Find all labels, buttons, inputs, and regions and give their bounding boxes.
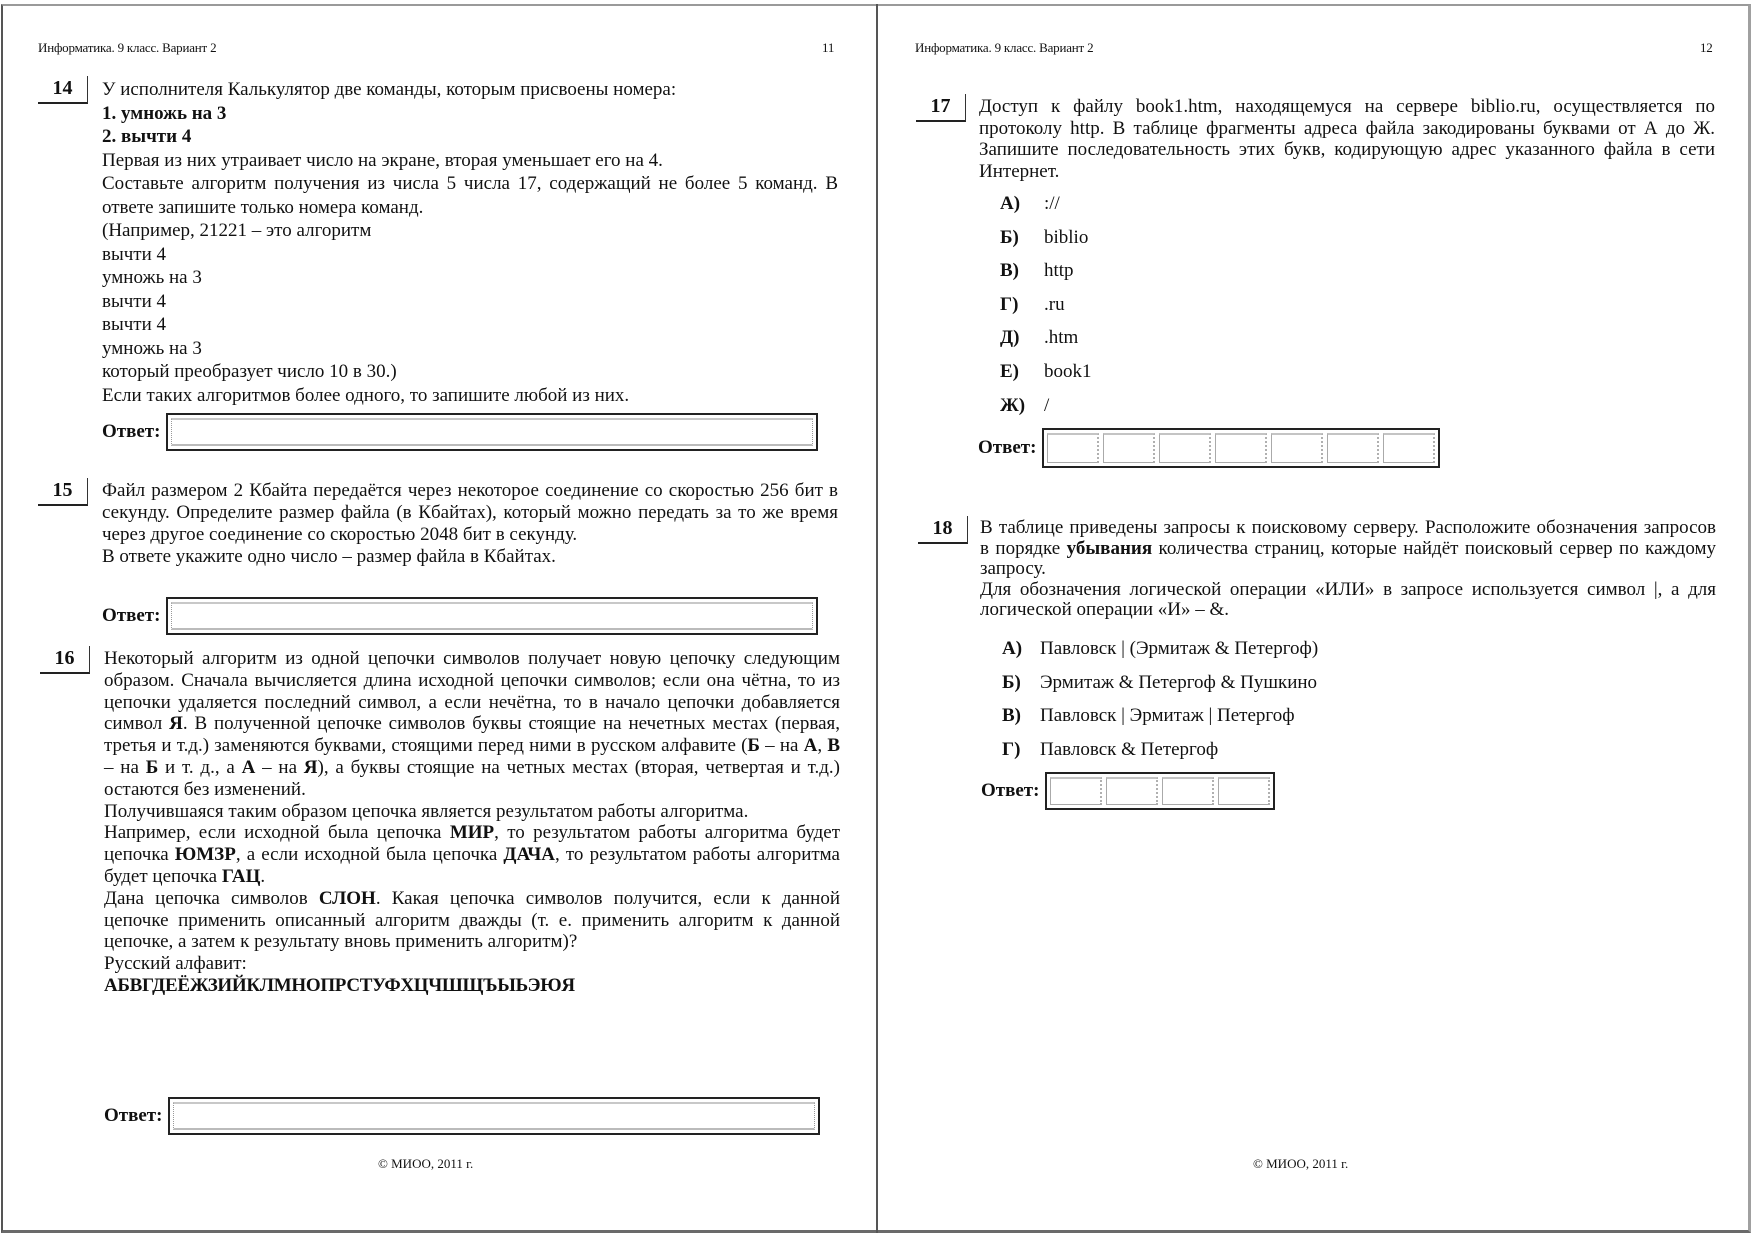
- q16-paragraph-3: Например, если исходной была цепочка МИР…: [104, 822, 840, 887]
- q14-line: который преобразует число 10 в 30.): [102, 360, 838, 384]
- q14-command-1: 1. умножь на 3: [102, 102, 838, 126]
- bold-word: убывания: [1067, 538, 1153, 559]
- question-15-text: Файл размером 2 Кбайта передаётся через …: [102, 480, 838, 568]
- option-text: Павловск & Петергоф: [1040, 739, 1218, 761]
- q18-answer-cell[interactable]: [1162, 777, 1214, 805]
- option-letter: А): [1000, 193, 1044, 215]
- bold-symbol: Я: [169, 713, 183, 734]
- question-18-text: В таблице приведены запросы к поисковому…: [980, 518, 1716, 621]
- answer-label: Ответ:: [978, 437, 1036, 459]
- option-text: Павловск | Эрмитаж | Петергоф: [1040, 705, 1295, 727]
- q18-paragraph-2: Для обозначения логической операции «ИЛИ…: [980, 580, 1716, 621]
- text: – на: [255, 757, 303, 778]
- q17-option: Г).ru: [1000, 294, 1065, 316]
- q16-paragraph-4: Дана цепочка символов СЛОН. Какая цепочк…: [104, 888, 840, 953]
- option-text: Эрмитаж & Петергоф & Пушкино: [1040, 672, 1317, 694]
- answer-label: Ответ:: [981, 780, 1039, 802]
- q18-option: В)Павловск | Эрмитаж | Петергоф: [1002, 705, 1295, 727]
- q18-paragraph-1: В таблице приведены запросы к поисковому…: [980, 518, 1716, 580]
- bold-word: СЛОН: [319, 888, 376, 909]
- q14-line: Первая из них утраивает число на экране,…: [102, 149, 838, 173]
- q14-line: вычти 4: [102, 313, 838, 337]
- q14-answer-value: [171, 418, 813, 446]
- q17-option: Б)biblio: [1000, 227, 1088, 249]
- q17-answer-cells: [1047, 433, 1435, 463]
- q15-instruction: В ответе укажите одно число – размер фай…: [102, 546, 838, 568]
- q17-answer-cell[interactable]: [1383, 433, 1435, 463]
- text: – на: [760, 735, 804, 756]
- q16-answer-row: Ответ:: [104, 1097, 820, 1135]
- text: Дана цепочка символов: [104, 888, 319, 909]
- q14-answer-row: Ответ:: [102, 413, 818, 451]
- page-footer: © МИОО, 2011 г.: [1253, 1156, 1348, 1172]
- q18-answer-cell[interactable]: [1218, 777, 1270, 805]
- q14-line: (Например, 21221 – это алгоритм: [102, 219, 838, 243]
- page-12: Информатика. 9 класс. Вариант 2 12 17 До…: [878, 0, 1754, 1239]
- bold-letter: В: [827, 735, 840, 756]
- q17-paragraph: Доступ к файлу book1.htm, находящемуся н…: [979, 96, 1715, 182]
- q17-answer-cell[interactable]: [1215, 433, 1267, 463]
- q17-answer-cell[interactable]: [1271, 433, 1323, 463]
- option-letter: Ж): [1000, 395, 1044, 417]
- q14-command-2: 2. вычти 4: [102, 125, 838, 149]
- q14-line: Если таких алгоритмов более одного, то з…: [102, 384, 838, 408]
- q16-alphabet-label: Русский алфавит:: [104, 953, 840, 975]
- text: .: [260, 866, 265, 887]
- question-number-16: 16: [40, 646, 90, 674]
- bold-word: ЮМЗР: [175, 844, 236, 865]
- option-text: .htm: [1044, 327, 1078, 349]
- q16-paragraph-1: Некоторый алгоритм из одной цепочки симв…: [104, 648, 840, 801]
- page-number: 12: [1700, 40, 1713, 56]
- option-letter: Б): [1002, 672, 1040, 694]
- text: , а если исходной была цепочка: [236, 844, 504, 865]
- question-17-text: Доступ к файлу book1.htm, находящемуся н…: [979, 96, 1715, 182]
- page-number: 11: [822, 40, 834, 56]
- option-text: http: [1044, 260, 1074, 282]
- bold-letter: Б: [146, 757, 159, 778]
- question-16-text: Некоторый алгоритм из одной цепочки симв…: [104, 648, 840, 997]
- question-number-18: 18: [918, 516, 968, 544]
- q18-answer-cell[interactable]: [1050, 777, 1102, 805]
- option-text: book1: [1044, 361, 1092, 383]
- option-letter: Г): [1002, 739, 1040, 761]
- q15-answer-field[interactable]: [166, 597, 818, 635]
- q18-option: Б)Эрмитаж & Петергоф & Пушкино: [1002, 672, 1317, 694]
- q17-answer-cell[interactable]: [1159, 433, 1211, 463]
- option-letter: Б): [1000, 227, 1044, 249]
- page-header-title: Информатика. 9 класс. Вариант 2: [38, 40, 216, 56]
- bold-word: ГАЦ: [222, 866, 261, 887]
- q14-line: вычти 4: [102, 290, 838, 314]
- q18-option: Г)Павловск & Петергоф: [1002, 739, 1218, 761]
- q17-option: В)http: [1000, 260, 1074, 282]
- q18-option: А)Павловск | (Эрмитаж & Петергоф): [1002, 638, 1318, 660]
- question-number-17: 17: [916, 94, 966, 122]
- answer-label: Ответ:: [104, 1105, 162, 1127]
- q14-line: вычти 4: [102, 243, 838, 267]
- page-11: Информатика. 9 класс. Вариант 2 11 14 У …: [0, 0, 876, 1239]
- option-letter: Д): [1000, 327, 1044, 349]
- q17-answer-cell[interactable]: [1047, 433, 1099, 463]
- q14-intro: У исполнителя Калькулятор две команды, к…: [102, 78, 838, 102]
- q14-line: Составьте алгоритм получения из числа 5 …: [102, 172, 838, 219]
- bold-letter: А: [804, 735, 818, 756]
- option-letter: А): [1002, 638, 1040, 660]
- answer-label: Ответ:: [102, 605, 160, 627]
- q17-answer-field: [1042, 428, 1440, 468]
- q15-answer-value: [171, 602, 813, 630]
- q16-answer-field[interactable]: [168, 1097, 820, 1135]
- option-text: Павловск | (Эрмитаж & Петергоф): [1040, 638, 1318, 660]
- bold-letter: Я: [304, 757, 318, 778]
- q14-line: умножь на 3: [102, 266, 838, 290]
- option-text: biblio: [1044, 227, 1088, 249]
- text: – на: [104, 757, 146, 778]
- question-number-15: 15: [38, 478, 88, 506]
- q14-answer-field[interactable]: [166, 413, 818, 451]
- q17-option: Е)book1: [1000, 361, 1092, 383]
- q18-answer-cells: [1050, 777, 1270, 805]
- bold-word: МИР: [450, 822, 494, 843]
- question-14-text: У исполнителя Калькулятор две команды, к…: [102, 78, 838, 407]
- page-footer: © МИОО, 2011 г.: [378, 1156, 473, 1172]
- option-text: .ru: [1044, 294, 1065, 316]
- q14-line: умножь на 3: [102, 337, 838, 361]
- text: ,: [817, 735, 827, 756]
- q16-alphabet: АБВГДЕЁЖЗИЙКЛМНОПРСТУФХЦЧШЩЪЫЬЭЮЯ: [104, 975, 840, 997]
- option-letter: Е): [1000, 361, 1044, 383]
- text: Например, если исходной была цепочка: [104, 822, 450, 843]
- page-header-title: Информатика. 9 класс. Вариант 2: [915, 40, 1093, 56]
- q17-answer-cell[interactable]: [1327, 433, 1379, 463]
- question-number-14: 14: [38, 76, 88, 104]
- q18-answer-field: [1045, 772, 1275, 810]
- q15-answer-row: Ответ:: [102, 597, 818, 635]
- q16-answer-value: [173, 1102, 815, 1130]
- option-text: /: [1044, 395, 1049, 417]
- text: . В полученной цепочке символов буквы ст…: [104, 713, 840, 756]
- q17-option: А)://: [1000, 193, 1060, 215]
- q18-answer-cell[interactable]: [1106, 777, 1158, 805]
- answer-label: Ответ:: [102, 421, 160, 443]
- option-letter: В): [1002, 705, 1040, 727]
- bold-letter: А: [242, 757, 256, 778]
- q17-answer-row: Ответ:: [978, 428, 1440, 468]
- bold-word: ДАЧА: [503, 844, 555, 865]
- option-text: ://: [1044, 193, 1060, 215]
- q17-option: Д).htm: [1000, 327, 1078, 349]
- q15-paragraph: Файл размером 2 Кбайта передаётся через …: [102, 480, 838, 546]
- q18-answer-row: Ответ:: [981, 772, 1275, 810]
- q16-paragraph-2: Получившаяся таким образом цепочка являе…: [104, 801, 840, 823]
- q17-answer-cell[interactable]: [1103, 433, 1155, 463]
- bold-letter: Б: [747, 735, 760, 756]
- text: и т. д., а: [158, 757, 241, 778]
- option-letter: Г): [1000, 294, 1044, 316]
- q17-option: Ж)/: [1000, 395, 1049, 417]
- option-letter: В): [1000, 260, 1044, 282]
